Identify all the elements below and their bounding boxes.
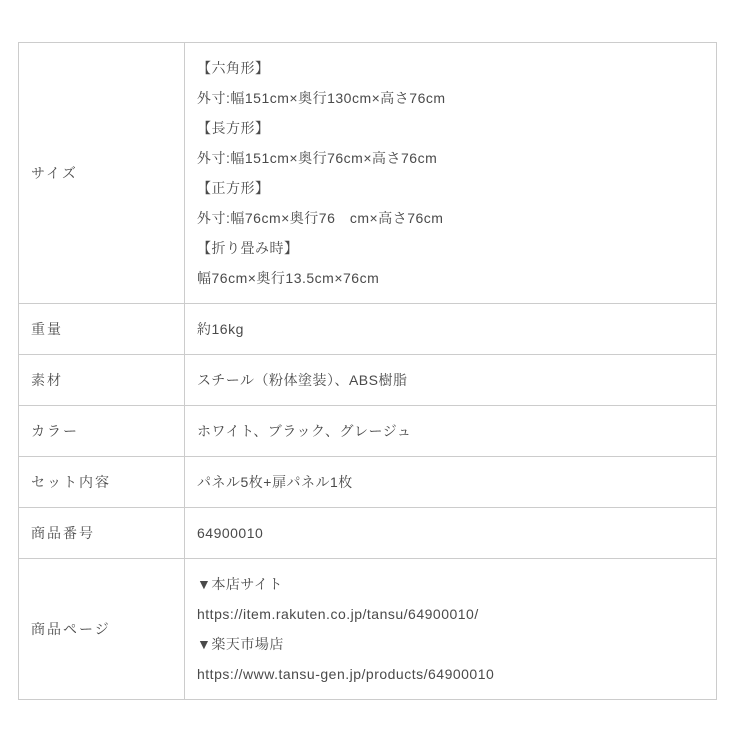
spec-value-line: ▼本店サイト (197, 574, 704, 594)
spec-label: 素材 (19, 355, 185, 406)
spec-value-line: 外寸:幅76cm×奥行76 cm×高さ76cm (197, 208, 704, 228)
spec-value: 64900010 (185, 508, 717, 559)
table-row: カラーホワイト、ブラック、グレージュ (19, 406, 717, 457)
table-row: サイズ【六角形】外寸:幅151cm×奥行130cm×高さ76cm【長方形】外寸:… (19, 43, 717, 304)
spec-value-line: 【正方形】 (197, 178, 704, 198)
page: { "page": { "background_color": "#ffffff… (0, 0, 740, 740)
spec-label: 商品ページ (19, 559, 185, 700)
spec-value-line: 幅76cm×奥行13.5cm×76cm (197, 268, 704, 288)
table-row: 重量約16kg (19, 304, 717, 355)
spec-value-line: 64900010 (197, 523, 704, 543)
spec-table-body: サイズ【六角形】外寸:幅151cm×奥行130cm×高さ76cm【長方形】外寸:… (19, 43, 717, 700)
spec-label: 商品番号 (19, 508, 185, 559)
spec-value-line: スチール（粉体塗装）、ABS樹脂 (197, 370, 704, 390)
spec-value: スチール（粉体塗装）、ABS樹脂 (185, 355, 717, 406)
spec-label: 重量 (19, 304, 185, 355)
spec-label: サイズ (19, 43, 185, 304)
spec-value-line: 【六角形】 (197, 58, 704, 78)
spec-label: セット内容 (19, 457, 185, 508)
spec-label: カラー (19, 406, 185, 457)
spec-value-line: パネル5枚+扉パネル1枚 (197, 472, 704, 492)
spec-value-line: https://item.rakuten.co.jp/tansu/6490001… (197, 604, 704, 624)
table-row: セット内容パネル5枚+扉パネル1枚 (19, 457, 717, 508)
spec-value-line: 【長方形】 (197, 118, 704, 138)
product-spec-table: サイズ【六角形】外寸:幅151cm×奥行130cm×高さ76cm【長方形】外寸:… (18, 42, 717, 700)
spec-value: ▼本店サイトhttps://item.rakuten.co.jp/tansu/6… (185, 559, 717, 700)
spec-value-line: https://www.tansu-gen.jp/products/649000… (197, 664, 704, 684)
spec-value: 約16kg (185, 304, 717, 355)
spec-value-line: 外寸:幅151cm×奥行76cm×高さ76cm (197, 148, 704, 168)
spec-value-line: ホワイト、ブラック、グレージュ (197, 421, 704, 441)
spec-value-line: 【折り畳み時】 (197, 238, 704, 258)
spec-value: パネル5枚+扉パネル1枚 (185, 457, 717, 508)
spec-value: 【六角形】外寸:幅151cm×奥行130cm×高さ76cm【長方形】外寸:幅15… (185, 43, 717, 304)
spec-value-line: 外寸:幅151cm×奥行130cm×高さ76cm (197, 88, 704, 108)
table-row: 商品番号64900010 (19, 508, 717, 559)
spec-value-line: 約16kg (197, 319, 704, 339)
spec-value-line: ▼楽天市場店 (197, 634, 704, 654)
table-row: 商品ページ▼本店サイトhttps://item.rakuten.co.jp/ta… (19, 559, 717, 700)
table-row: 素材スチール（粉体塗装）、ABS樹脂 (19, 355, 717, 406)
spec-value: ホワイト、ブラック、グレージュ (185, 406, 717, 457)
